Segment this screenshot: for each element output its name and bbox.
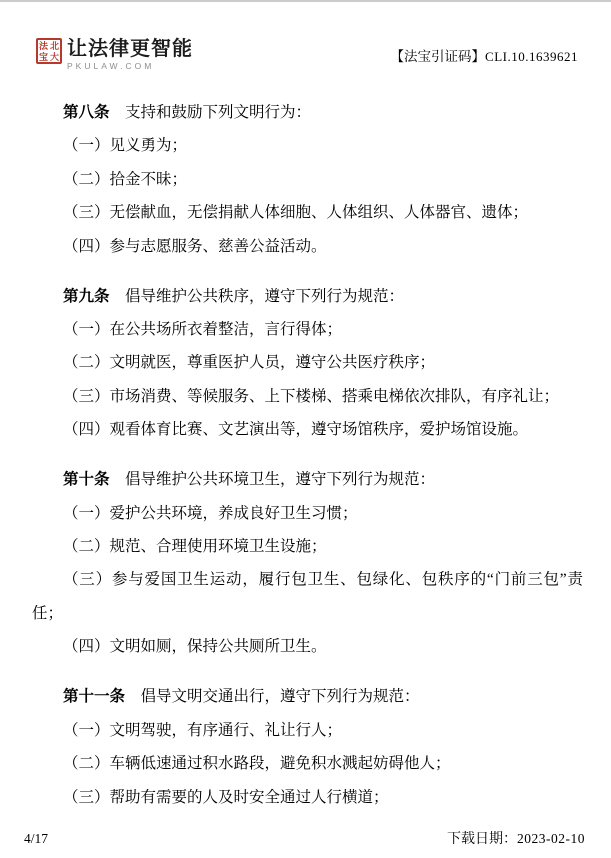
article-8: 第八条支持和鼓励下列文明行为： （一）见义勇为； （二）拾金不昧； （三）无偿献… — [32, 96, 583, 263]
article-9: 第九条倡导维护公共秩序，遵守下列行为规范： （一）在公共场所衣着整洁，言行得体；… — [32, 280, 583, 447]
article-item: （三）市场消费、等候服务、上下楼梯、搭乘电梯依次排队，有序礼让； — [32, 380, 583, 413]
article-item: （四）文明如厕，保持公共厕所卫生。 — [32, 630, 583, 663]
article-item: （一）见义勇为； — [32, 129, 583, 162]
citation-label: 【法宝引证码】 — [391, 49, 486, 64]
article-number: 第十一条 — [63, 688, 125, 705]
article-item: （三）无偿献血，无偿捐献人体细胞、人体组织、人体器官、遗体； — [32, 196, 583, 229]
article-item: （三）帮助有需要的人及时安全通过人行横道； — [32, 781, 583, 814]
article-heading: 第九条倡导维护公共秩序，遵守下列行为规范： — [32, 280, 583, 313]
download-date-value: 2023-02-10 — [517, 831, 585, 846]
article-number: 第九条 — [63, 288, 110, 305]
article-10: 第十条倡导维护公共环境卫生，遵守下列行为规范： （一）爱护公共环境，养成良好卫生… — [32, 463, 583, 663]
download-date-label: 下载日期： — [447, 832, 517, 847]
logo-slogan: 让法律更智能 — [67, 38, 193, 60]
article-heading: 第十条倡导维护公共环境卫生，遵守下列行为规范： — [32, 463, 583, 496]
article-item: （二）规范、合理使用环境卫生设施； — [32, 530, 583, 563]
pkulaw-seal-icon: 法 北 宝 大 — [36, 38, 62, 64]
article-11: 第十一条倡导文明交通出行，遵守下列行为规范： （一）文明驾驶，有序通行、礼让行人… — [32, 680, 583, 814]
article-item: （一）在公共场所衣着整洁，言行得体； — [32, 313, 583, 346]
article-heading: 第八条支持和鼓励下列文明行为： — [32, 96, 583, 129]
article-item: （一）文明驾驶，有序通行、礼让行人； — [32, 714, 583, 747]
article-intro: 倡导维护公共环境卫生，遵守下列行为规范： — [125, 471, 435, 488]
article-intro: 支持和鼓励下列文明行为： — [125, 104, 311, 121]
page-footer: 4/17 下载日期：2023-02-10 — [24, 828, 585, 848]
article-number: 第十条 — [63, 471, 110, 488]
article-item: （二）车辆低速通过积水路段，避免积水溅起妨碍他人； — [32, 747, 583, 780]
article-item: （四）观看体育比赛、文艺演出等，遵守场馆秩序，爱护场馆设施。 — [32, 413, 583, 446]
article-item: （一）爱护公共环境，养成良好卫生习惯； — [32, 497, 583, 530]
seal-char: 法 — [39, 41, 48, 51]
citation-value: CLI.10.1639621 — [485, 49, 578, 64]
document-page: 法 北 宝 大 让法律更智能 PKULAW.COM 【法宝引证码】CLI.10.… — [0, 0, 611, 858]
seal-char: 北 — [50, 41, 59, 51]
article-item: （二）拾金不昧； — [32, 163, 583, 196]
citation-code: 【法宝引证码】CLI.10.1639621 — [391, 48, 578, 66]
article-item: （四）参与志愿服务、慈善公益活动。 — [32, 230, 583, 263]
article-heading: 第十一条倡导文明交通出行，遵守下列行为规范： — [32, 680, 583, 713]
seal-char: 大 — [50, 52, 59, 62]
article-number: 第八条 — [63, 104, 110, 121]
seal-char: 宝 — [39, 52, 48, 62]
article-intro: 倡导维护公共秩序，遵守下列行为规范： — [125, 288, 404, 305]
download-date: 下载日期：2023-02-10 — [447, 828, 585, 848]
pkulaw-logo: 法 北 宝 大 让法律更智能 PKULAW.COM — [36, 38, 193, 71]
page-number: 4/17 — [24, 831, 48, 847]
logo-domain: PKULAW.COM — [67, 61, 193, 71]
logo-text: 让法律更智能 PKULAW.COM — [67, 38, 193, 71]
article-item: （三）参与爱国卫生运动，履行包卫生、包绿化、包秩序的“门前三包”责任； — [32, 563, 583, 630]
article-intro: 倡导文明交通出行，遵守下列行为规范： — [141, 688, 420, 705]
document-body: 第八条支持和鼓励下列文明行为： （一）见义勇为； （二）拾金不昧； （三）无偿献… — [32, 96, 583, 814]
article-item: （二）文明就医，尊重医护人员，遵守公共医疗秩序； — [32, 346, 583, 379]
